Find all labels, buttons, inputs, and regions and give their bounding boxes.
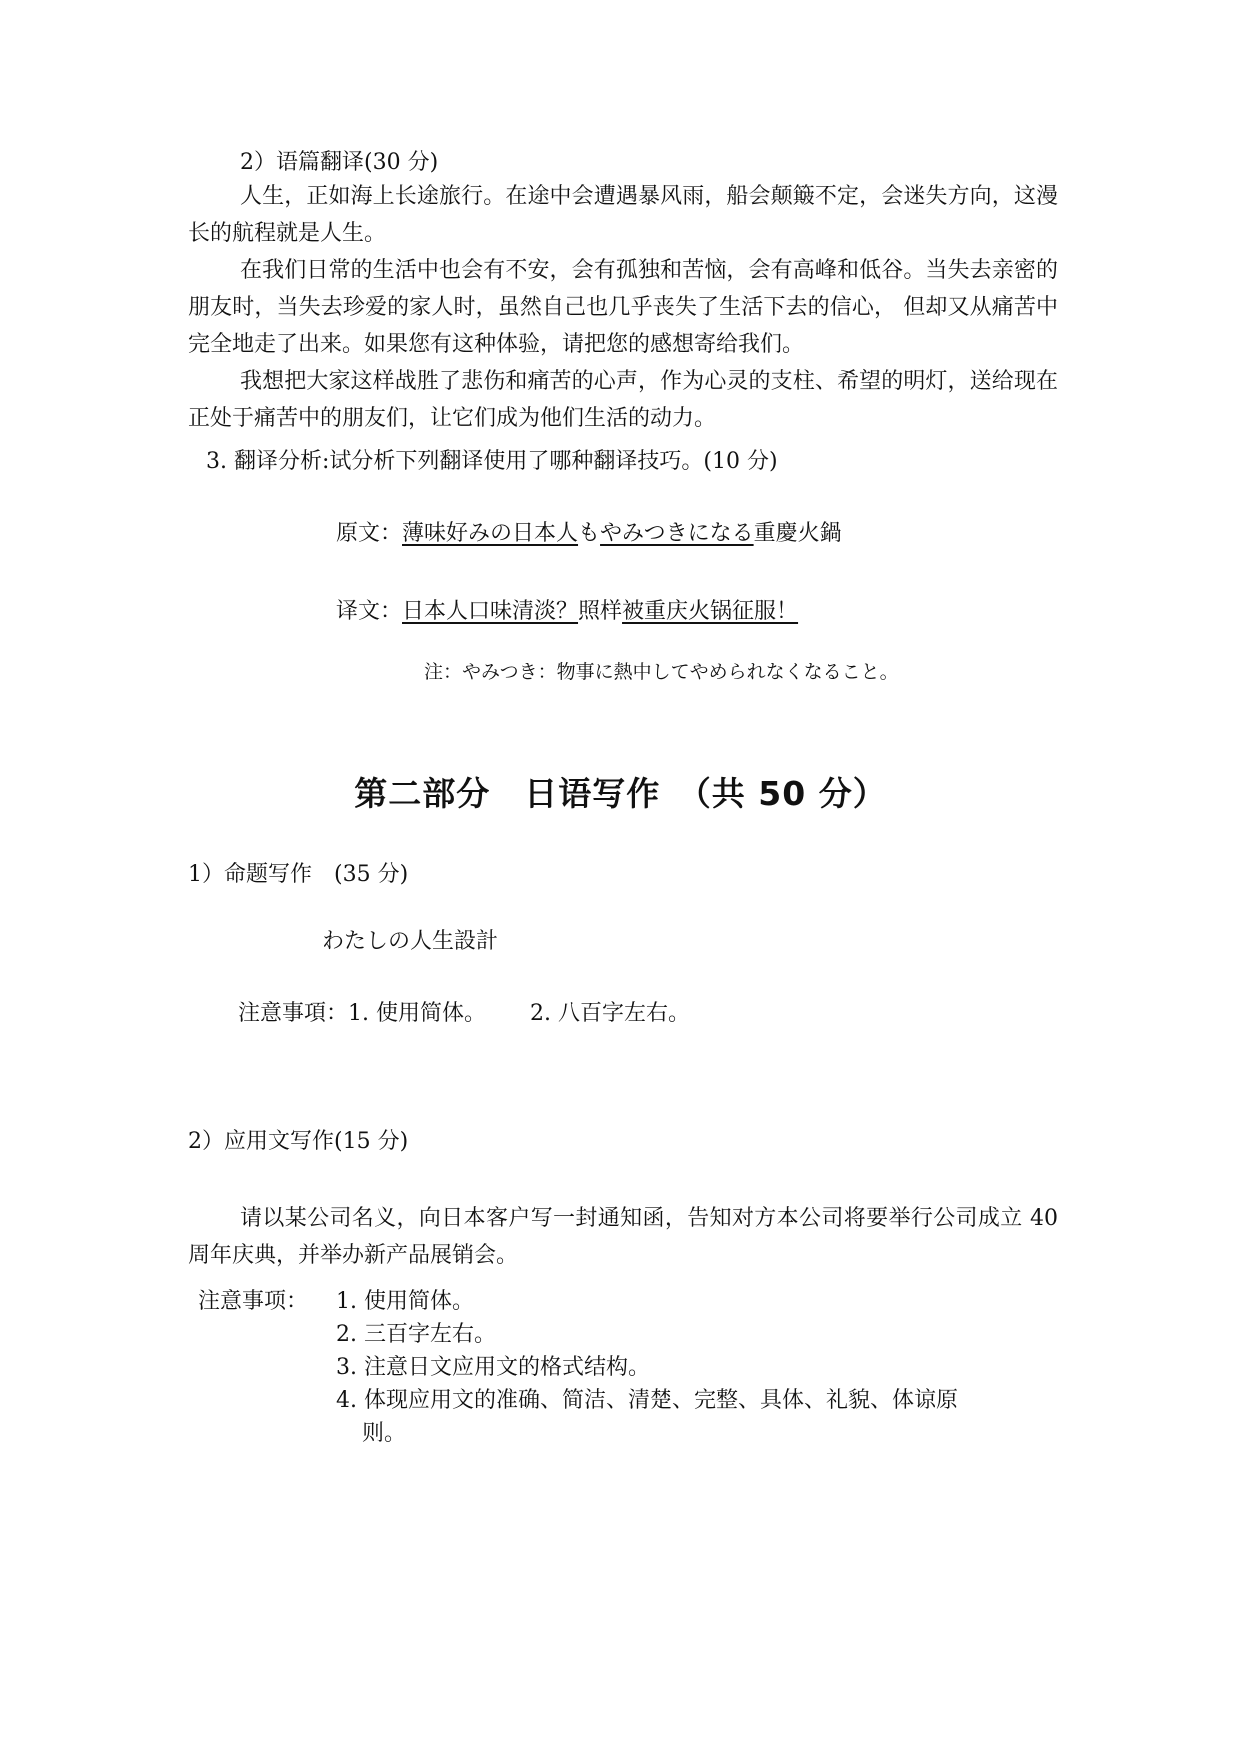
translation-seg-1: 日本人口味清淡？ <box>402 599 578 624</box>
practical-note-4-continued: 则。 <box>362 1419 406 1449</box>
original-text: 原文：薄味好みの日本人もやみつきになる重慶火鍋 <box>336 519 842 549</box>
practical-note-4: 4. 体现应用文的准确、简洁、清楚、完整、具体、礼貌、体谅原 <box>336 1386 958 1416</box>
section-heading-discourse-translation: 2）语篇翻译(30 分) <box>240 148 438 178</box>
writing-topic: わたしの人生設計 <box>322 927 498 957</box>
section-heading-translation-analysis: 3. 翻译分析:试分析下列翻译使用了哪种翻译技巧。(10 分) <box>206 447 778 477</box>
paragraph-3: 我想把大家这样战胜了悲伤和痛苦的心声，作为心灵的支柱、希望的明灯，送给现在正处于… <box>188 363 1058 437</box>
topic-writing-notes: 注意事項：1. 使用简体。2. 八百字左右。 <box>238 999 690 1029</box>
practical-writing-prompt: 请以某公司名义，向日本客户写一封通知函，告知对方本公司将要举行公司成立 40 周… <box>188 1200 1058 1274</box>
practical-note-1: 1. 使用简体。 <box>336 1287 474 1317</box>
note-1: 1. 使用简体。 <box>348 1001 486 1026</box>
original-seg-3: やみつきになる <box>600 521 754 546</box>
original-seg-4: 重慶火鍋 <box>754 521 842 546</box>
section-heading-practical-writing: 2）应用文写作(15 分) <box>188 1127 408 1157</box>
translation-seg-2: 照样 <box>578 599 622 624</box>
original-seg-1: 薄味好みの日本人 <box>402 521 578 546</box>
part-two-title: 第二部分 日语写作 （共 50 分） <box>0 768 1241 815</box>
paragraph-2: 在我们日常的生活中也会有不安，会有孤独和苦恼，会有高峰和低谷。当失去亲密的朋友时… <box>188 252 1058 363</box>
translated-text: 译文：日本人口味清淡？照样被重庆火锅征服！ <box>336 597 798 627</box>
practical-notes-label: 注意事项： <box>198 1287 308 1317</box>
notes-label: 注意事項： <box>238 1001 348 1026</box>
original-label: 原文： <box>336 521 402 546</box>
vocabulary-note: 注：やみつき：物事に熱中してやめられなくなること。 <box>424 657 899 687</box>
section-heading-topic-writing: 1）命题写作 (35 分) <box>188 860 408 890</box>
practical-note-2: 2. 三百字左右。 <box>336 1320 496 1350</box>
translation-seg-3: 被重庆火锅征服！ <box>622 599 798 624</box>
translation-label: 译文： <box>336 599 402 624</box>
paragraph-1: 人生，正如海上长途旅行。在途中会遭遇暴风雨，船会颠簸不定，会迷失方向，这漫长的航… <box>188 178 1058 252</box>
practical-note-3: 3. 注意日文应用文的格式结构。 <box>336 1353 650 1383</box>
note-2: 2. 八百字左右。 <box>530 1001 690 1026</box>
original-seg-2: も <box>578 521 600 546</box>
